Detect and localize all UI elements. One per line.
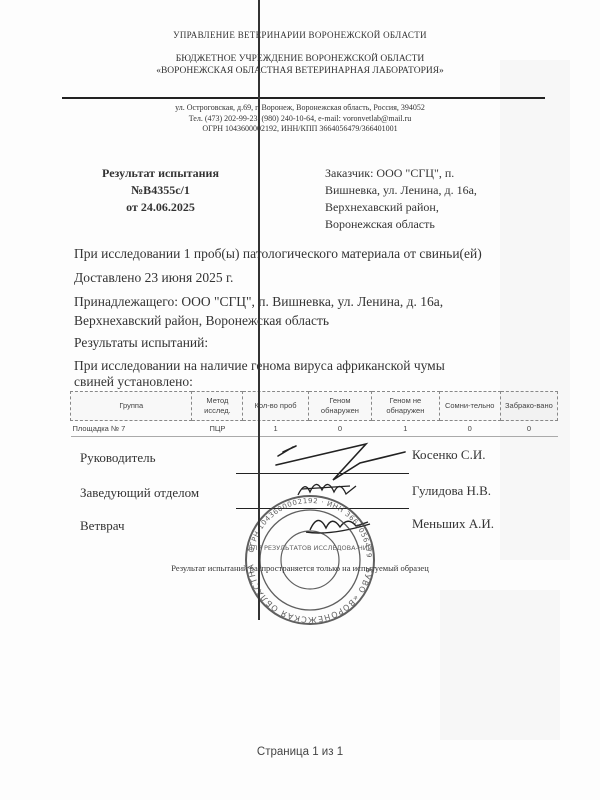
stamp-icon: БУВО «ВОРОНЕЖСКАЯ ОБЛАСТНАЯ ВЕТЕРИНАРНАЯ… [0, 0, 374, 624]
page-number: Страница 1 из 1 [0, 746, 600, 758]
signature-gulidova [298, 484, 356, 495]
document-page: УПРАВЛЕНИЕ ВЕТЕРИНАРИИ ВОРОНЕЖСКОЙ ОБЛАС… [0, 0, 600, 800]
stamp-outer-text: БУВО «ВОРОНЕЖСКАЯ ОБЛАСТНАЯ ВЕТЕРИНАРНАЯ… [0, 0, 374, 624]
svg-text:БУВО «ВОРОНЕЖСКАЯ ОБЛАСТНАЯ ВЕ: БУВО «ВОРОНЕЖСКАЯ ОБЛАСТНАЯ ВЕТЕРИНАРНАЯ… [0, 0, 374, 624]
signatures-and-stamp: БУВО «ВОРОНЕЖСКАЯ ОБЛАСТНАЯ ВЕТЕРИНАРНАЯ… [0, 0, 600, 800]
signature-kosenko [276, 444, 405, 480]
scan-vertical-line [258, 0, 260, 620]
stamp-center-text: ДЛЯ РЕЗУЛЬТАТОВ ИССЛЕДОВА-НИЙ [247, 543, 372, 552]
